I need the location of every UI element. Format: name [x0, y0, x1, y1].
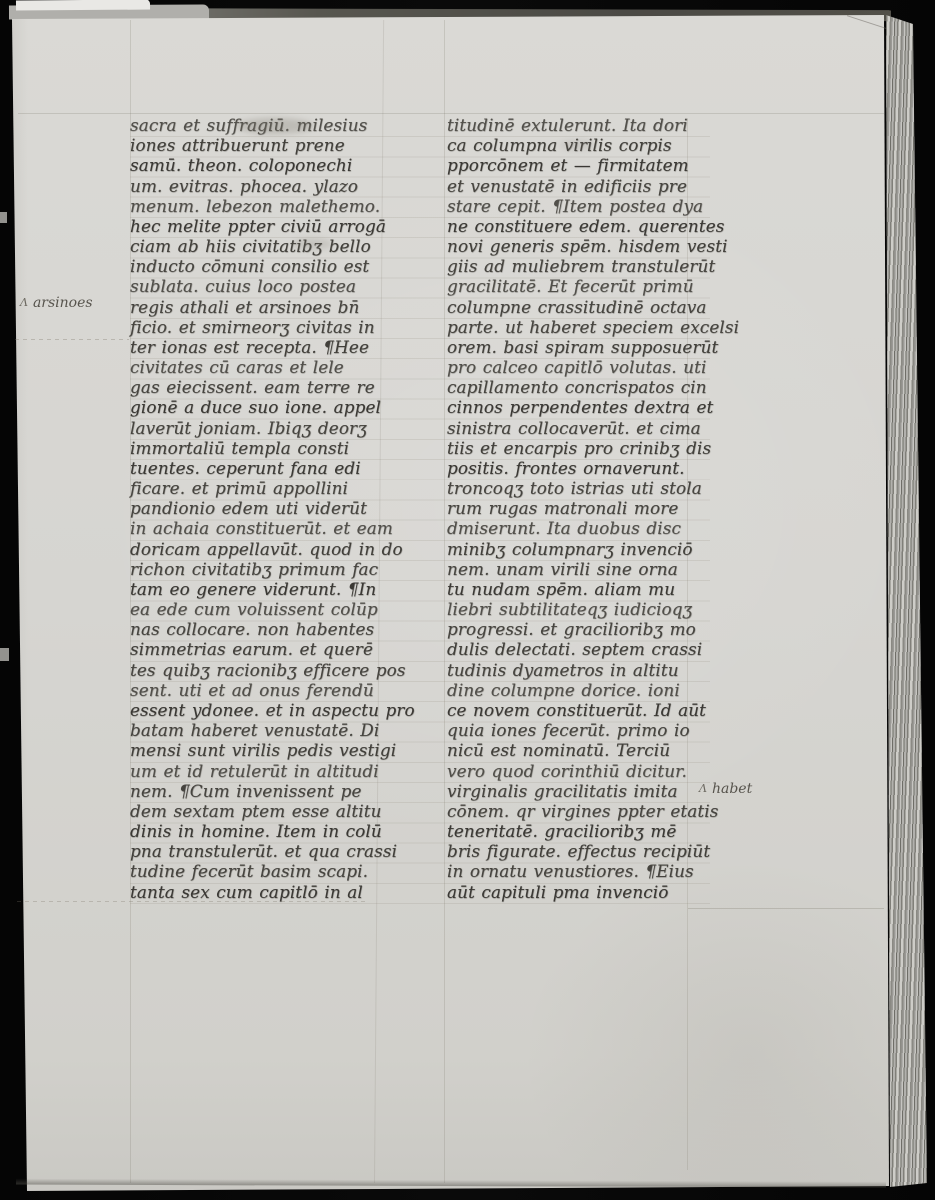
manuscript-text-line: um. evitras. phocea. ylazo [130, 177, 389, 197]
manuscript-text-line: novi generis spēm. hisdem vesti [447, 237, 706, 257]
manuscript-text-line: tuentes. ceperunt fana edi [130, 459, 389, 479]
ink-smudge [292, 238, 332, 250]
manuscript-text-line: hec melite ppter civiū arrogā [130, 217, 389, 237]
manuscript-text-line: nem. unam virili sine orna [447, 560, 706, 580]
manuscript-text-line: nicū est nominatū. Terciū [447, 741, 706, 761]
manuscript-text-line: tiis et encarpis pro crinibʒ dis [447, 439, 706, 459]
ruling-line-left-margin [15, 339, 129, 340]
text-column-left: sacra et suffragiū. milesiusiones attrib… [130, 116, 389, 903]
insertion-caret-icon: Λ [699, 782, 707, 795]
manuscript-text-line: essent ydonee. et in aspectu pro [130, 701, 389, 721]
manuscript-text-line: sublata. cuius loco postea [130, 277, 389, 297]
manuscript-text-line: progressi. et gracilioribʒ mo [447, 620, 706, 640]
ruling-line-bottom-right [688, 908, 884, 909]
manuscript-text-line: gas eiecissent. eam terre re [130, 378, 389, 398]
manuscript-text-line: um et id retulerūt in altitudi [130, 762, 389, 782]
ruling-line-top [18, 113, 884, 114]
manuscript-text-line: liebri subtilitateqʒ iudicioqʒ [447, 600, 706, 620]
manuscript-text-line: sinistra collocaverūt. et cima [447, 419, 706, 439]
manuscript-text-line: aūt capituli pma invenciō [447, 883, 706, 903]
manuscript-text-line: stare cepit. ¶Item postea dya [447, 197, 706, 217]
manuscript-text-line: troncoqʒ toto istrias uti stola [447, 479, 706, 499]
manuscript-text-line: dem sextam ptem esse altitu [130, 802, 389, 822]
manuscript-text-line: nas collocare. non habentes [130, 620, 389, 640]
manuscript-text-line: in achaia constituerūt. et eam [130, 519, 389, 539]
manuscript-text-line: nem. ¶Cum invenissent pe [130, 782, 389, 802]
manuscript-text-line: tudine fecerūt basim scapi. [130, 862, 389, 882]
manuscript-text-line: doricam appellavūt. quod in do [130, 540, 389, 560]
manuscript-text-line: ea ede cum voluissent colūp [130, 600, 389, 620]
manuscript-text-line: ciam ab hiis civitatibʒ bello [130, 237, 389, 257]
manuscript-text-line: pporcōnem et — firmitatem [447, 156, 706, 176]
manuscript-text-line: ce novem constituerūt. Id aūt [447, 701, 706, 721]
margin-note-habet: Λhabet [699, 781, 752, 797]
manuscript-text-line: iones attribuerunt prene [130, 136, 389, 156]
manuscript-text-line: orem. basi spiram supposuerūt [447, 338, 706, 358]
manuscript-text-line: sent. uti et ad onus ferendū [130, 681, 389, 701]
manuscript-text-line: dulis delectati. septem crassi [447, 640, 706, 660]
manuscript-text-line: titudinē extulerunt. Ita dori [447, 116, 706, 136]
manuscript-text-line: columpne crassitudinē octava [447, 298, 706, 318]
manuscript-text-line: ficio. et smirneorʒ civitas in [130, 318, 389, 338]
manuscript-text-line: dinis in homine. Item in colū [130, 822, 389, 842]
manuscript-text-line: vero quod corinthiū dicitur. [447, 762, 706, 782]
manuscript-text-line: giis ad muliebrem transtulerūt [447, 257, 706, 277]
manuscript-text-line: positis. frontes ornaverunt. [447, 459, 706, 479]
manuscript-text-line: et venustatē in edificiis pre [447, 177, 706, 197]
manuscript-text-line: richon civitatibʒ primum fac [130, 560, 389, 580]
manuscript-text-line: mensi sunt virilis pedis vestigi [130, 741, 389, 761]
manuscript-text-line: in ornatu venustiores. ¶Eius [447, 862, 706, 882]
manuscript-text-line: simmetrias earum. et querē [130, 640, 389, 660]
manuscript-text-line: minibʒ columpnarʒ invenciō [447, 540, 706, 560]
manuscript-text-line: menum. lebezon malethemo. [130, 197, 389, 217]
manuscript-text-line: parte. ut haberet speciem excelsi [447, 318, 706, 338]
manuscript-text-line: tam eo genere viderunt. ¶In [130, 580, 389, 600]
manuscript-text-line: dine columpne dorice. ioni [447, 681, 706, 701]
manuscript-text-line: tes quibʒ racionibʒ efficere pos [130, 661, 389, 681]
margin-note-text: arsinoes [33, 295, 93, 311]
manuscript-text-line: immortaliū templa consti [130, 439, 389, 459]
manuscript-text-line: cōnem. qr virgines ppter etatis [447, 802, 706, 822]
manuscript-text-line: gionē a duce suo ione. appel [130, 398, 389, 418]
manuscript-text-line: ne constituere edem. querentes [447, 217, 706, 237]
manuscript-photo: sacra et suffragiū. milesiusiones attrib… [0, 0, 935, 1200]
manuscript-text-line: rum rugas matronali more [447, 499, 706, 519]
margin-note-arsinoes: Λarsinoes [20, 295, 93, 311]
manuscript-text-line: pro calceo capitlō volutas. uti [447, 358, 706, 378]
margin-note-text: habet [712, 781, 752, 797]
ink-smudge [236, 118, 314, 134]
photo-speck [0, 648, 9, 661]
manuscript-text-line: bris figurate. effectus recipiūt [447, 842, 706, 862]
manuscript-text-line: batam haberet venustatē. Di [130, 721, 389, 741]
manuscript-text-line: teneritatē. gracilioribʒ mē [447, 822, 706, 842]
manuscript-text-line: ter ionas est recepta. ¶Hee [130, 338, 389, 358]
text-column-right: titudinē extulerunt. Ita dorica columpna… [447, 116, 706, 903]
leaf-edge-tab-white [16, 0, 150, 10]
manuscript-text-line: tudinis dyametros in altitu [447, 661, 706, 681]
manuscript-text-line: inducto cōmuni consilio est [130, 257, 389, 277]
manuscript-text-line: laverūt joniam. Ibiqʒ deorʒ [130, 419, 389, 439]
insertion-caret-icon: Λ [20, 296, 28, 309]
manuscript-text-line: pna transtulerūt. et qua crassi [130, 842, 389, 862]
manuscript-text-line: civitates cū caras et lele [130, 358, 389, 378]
ink-smudge [560, 140, 594, 150]
manuscript-text-line: ficare. et primū appollini [130, 479, 389, 499]
manuscript-text-line: pandionio edem uti viderūt [130, 499, 389, 519]
photo-speck [0, 212, 7, 223]
manuscript-text-line: regis athali et arsinoes bn̄ [130, 298, 389, 318]
manuscript-text-line: samū. theon. coloponechi [130, 156, 389, 176]
manuscript-text-line: gracilitatē. Et fecerūt primū [447, 277, 706, 297]
manuscript-text-line: cinnos perpendentes dextra et [447, 398, 706, 418]
manuscript-text-line: virginalis gracilitatis imita [447, 782, 706, 802]
manuscript-text-line: capillamento concrispatos cin [447, 378, 706, 398]
manuscript-text-line: tanta sex cum capitlō in al [130, 883, 389, 903]
manuscript-text-line: tu nudam spēm. aliam mu [447, 580, 706, 600]
manuscript-text-line: dmiserunt. Ita duobus disc [447, 519, 706, 539]
manuscript-text-line: quia iones fecerūt. primo io [447, 721, 706, 741]
